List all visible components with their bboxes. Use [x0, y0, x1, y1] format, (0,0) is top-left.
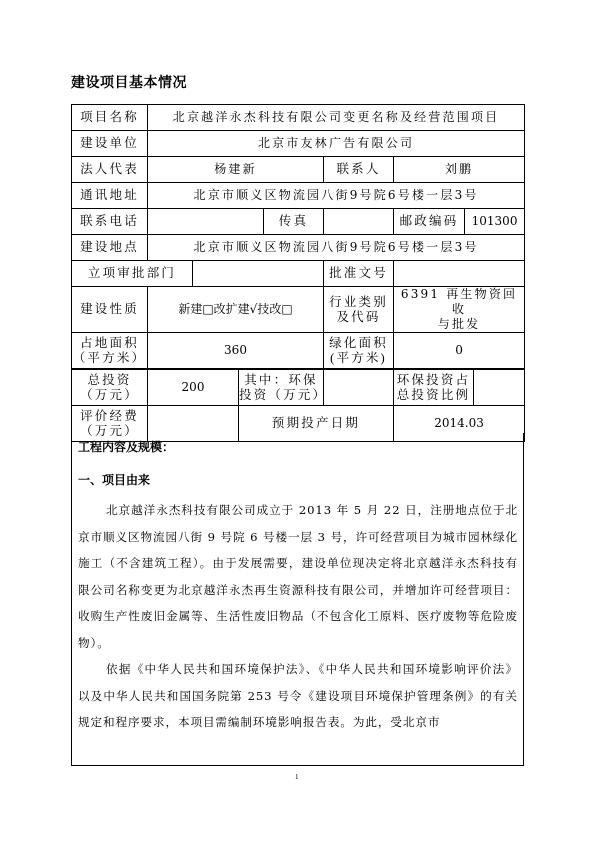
project-name-value: 北京越洋永杰科技有限公司变更名称及经营范围项目: [148, 105, 525, 131]
project-content-box: 工程内容及规模： 一、项目由来 北京越洋永杰科技有限公司成立于 2013 年 5…: [71, 433, 524, 766]
page-number: 1: [295, 773, 299, 781]
legal-rep-value: 杨建新: [148, 157, 324, 183]
row-builder: 建设单位 北京市友林广告有限公司: [72, 131, 525, 157]
area-value: 360: [148, 333, 324, 370]
row-approval: 立项审批部门 批准文号: [72, 261, 525, 287]
address-label: 通讯地址: [72, 183, 148, 209]
contact-value: 刘鹏: [394, 157, 525, 183]
industry-label: 行业类别及代码: [324, 287, 394, 333]
site-value: 北京市顺义区物流园八街9号院6号楼一层3号: [148, 235, 525, 261]
phone-value: [148, 209, 264, 235]
env-ratio-label: 环保投资占总投资比例: [394, 369, 474, 406]
address-value: 北京市顺义区物流园八街9号院6号楼一层3号: [148, 183, 525, 209]
investment-label: 总投资（万元）: [72, 369, 148, 406]
paragraph-project-origin: 北京越洋永杰科技有限公司成立于 2013 年 5 月 22 日，注册地点位于北京…: [78, 497, 518, 656]
row-investment: 总投资（万元） 200 其中：环保投资（万元） 环保投资占总投资比例: [72, 369, 525, 406]
area-label: 占地面积（平方米）: [72, 333, 148, 370]
row-site: 建设地点 北京市顺义区物流园八街9号院6号楼一层3号: [72, 235, 525, 261]
approval-dept-label: 立项审批部门: [72, 261, 193, 287]
industry-value: 6391 再生物资回收与批发: [394, 287, 525, 333]
content-heading: 工程内容及规模：: [78, 438, 174, 455]
fax-label: 传真: [264, 209, 324, 235]
postcode-value: 101300: [465, 209, 525, 235]
project-name-label: 项目名称: [72, 105, 148, 131]
nature-value: 新建□改扩建√技改□: [148, 287, 324, 333]
row-phone: 联系电话 传真 邮政编码 101300: [72, 209, 525, 235]
builder-value: 北京市友林广告有限公司: [148, 131, 525, 157]
legal-rep-label: 法人代表: [72, 157, 148, 183]
env-investment-value: [324, 369, 394, 406]
project-info-table: 项目名称 北京越洋永杰科技有限公司变更名称及经营范围项目 建设单位 北京市友林广…: [71, 104, 525, 442]
investment-value: 200: [148, 369, 239, 406]
phone-label: 联系电话: [72, 209, 148, 235]
green-area-value: 0: [394, 333, 525, 370]
site-label: 建设地点: [72, 235, 148, 261]
row-legal-rep: 法人代表 杨建新 联系人 刘鹏: [72, 157, 525, 183]
env-ratio-value: [474, 369, 525, 406]
row-nature: 建设性质 新建□改扩建√技改□ 行业类别及代码 6391 再生物资回收与批发: [72, 287, 525, 333]
approval-no-label: 批准文号: [324, 261, 394, 287]
green-area-label: 绿化面积(平方米): [324, 333, 394, 370]
row-address: 通讯地址 北京市顺义区物流园八街9号院6号楼一层3号: [72, 183, 525, 209]
env-investment-label: 其中：环保投资（万元）: [239, 369, 324, 406]
row-area: 占地面积（平方米） 360 绿化面积(平方米) 0: [72, 333, 525, 370]
fax-value: [324, 209, 394, 235]
approval-no-value: [394, 261, 525, 287]
builder-label: 建设单位: [72, 131, 148, 157]
postcode-label: 邮政编码: [394, 209, 465, 235]
paragraph-legal-basis: 依据《中华人民共和国环境保护法》、《中华人民共和国环境影响评价法》以及中华人民共…: [78, 656, 518, 736]
nature-label: 建设性质: [72, 287, 148, 333]
page-title: 建设项目基本情况: [71, 72, 187, 92]
row-project-name: 项目名称 北京越洋永杰科技有限公司变更名称及经营范围项目: [72, 105, 525, 131]
section1-heading: 一、项目由来: [78, 471, 150, 488]
approval-dept-value: [193, 261, 324, 287]
contact-label: 联系人: [324, 157, 394, 183]
